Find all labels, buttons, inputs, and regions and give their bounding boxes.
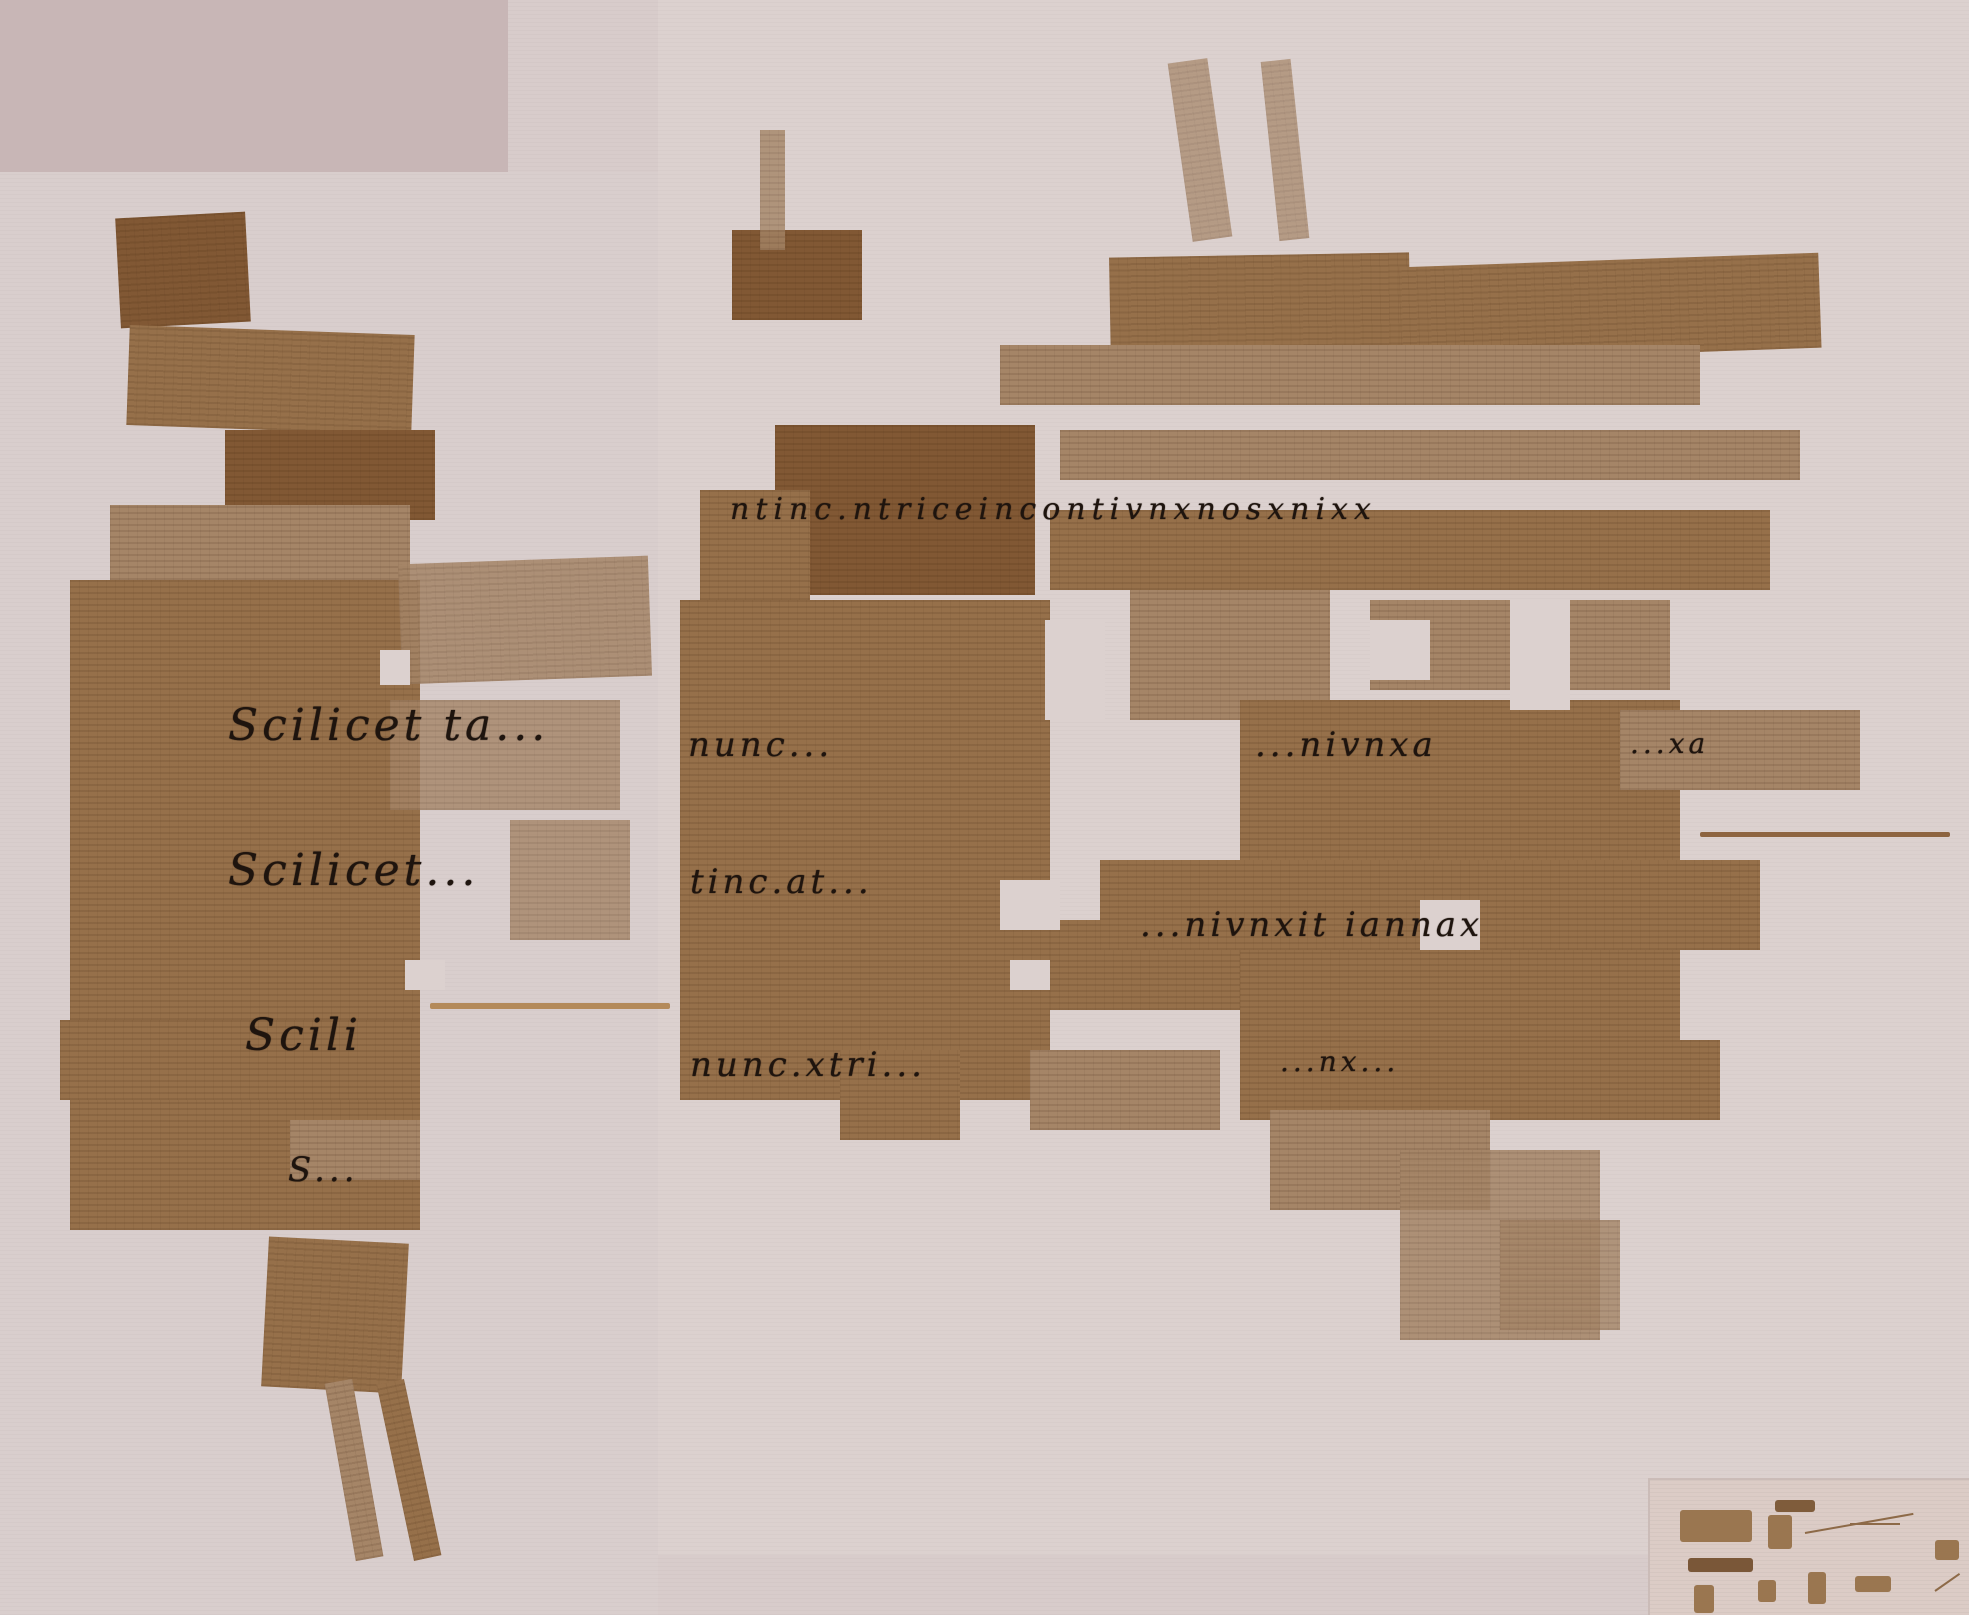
papyrus-piece (126, 325, 414, 435)
fragment (1688, 1558, 1753, 1572)
text-line: Scili (245, 1010, 362, 1061)
papyrus-hole (405, 960, 445, 990)
loose-fragments-inset (1648, 1478, 1969, 1615)
text-line: Scilicet... (228, 845, 479, 896)
text-line: ...nivnxa (1255, 725, 1437, 765)
papyrus-hole (380, 650, 410, 685)
papyrus-strip (261, 1236, 409, 1393)
papyrus-piece (398, 556, 652, 685)
papyrus-hole (1045, 620, 1105, 720)
loose-fiber (430, 1003, 670, 1009)
papyrus-piece (1500, 1220, 1620, 1330)
fragment (1758, 1580, 1776, 1602)
text-line: S... (288, 1150, 359, 1190)
fragment (1694, 1585, 1714, 1613)
fragment (1855, 1576, 1891, 1592)
text-line: ...nivnxit iannax (1140, 905, 1483, 945)
fragment (1775, 1500, 1815, 1512)
text-line: ...xa (1630, 727, 1709, 760)
corner-blank-block (0, 0, 508, 172)
fiber-thread (1850, 1523, 1900, 1525)
fiber-thread (1934, 1573, 1960, 1592)
fragment (1935, 1540, 1959, 1560)
papyrus-piece (1060, 430, 1800, 480)
papyrus-piece (732, 230, 862, 320)
loose-fiber (1700, 832, 1950, 837)
papyrus-hole (1370, 620, 1430, 680)
papyrus-piece (60, 1020, 420, 1100)
header-text-line: ntinc.ntriceincontivnxnosxnixx (730, 492, 1377, 527)
papyrus-piece (110, 505, 410, 580)
fragment (1680, 1510, 1752, 1542)
papyrus-piece (115, 212, 251, 329)
text-line: nunc.xtri... (690, 1045, 926, 1085)
fragment (1768, 1515, 1792, 1549)
papyrus-piece (1000, 345, 1700, 405)
text-line: tinc.at... (690, 862, 873, 902)
papyrus-piece (1030, 1050, 1220, 1130)
papyrus-hole (1510, 600, 1570, 710)
papyrus-hole (1000, 880, 1060, 930)
text-line: ...nx... (1280, 1045, 1399, 1078)
fragment (1808, 1572, 1826, 1604)
papyrus-piece (510, 820, 630, 940)
text-line: Scilicet ta... (228, 700, 549, 751)
papyrus-hole (1010, 960, 1050, 990)
papyrus-main-sheet (680, 600, 1050, 1100)
papyrus-strip (760, 130, 785, 250)
text-line: nunc... (688, 725, 833, 765)
